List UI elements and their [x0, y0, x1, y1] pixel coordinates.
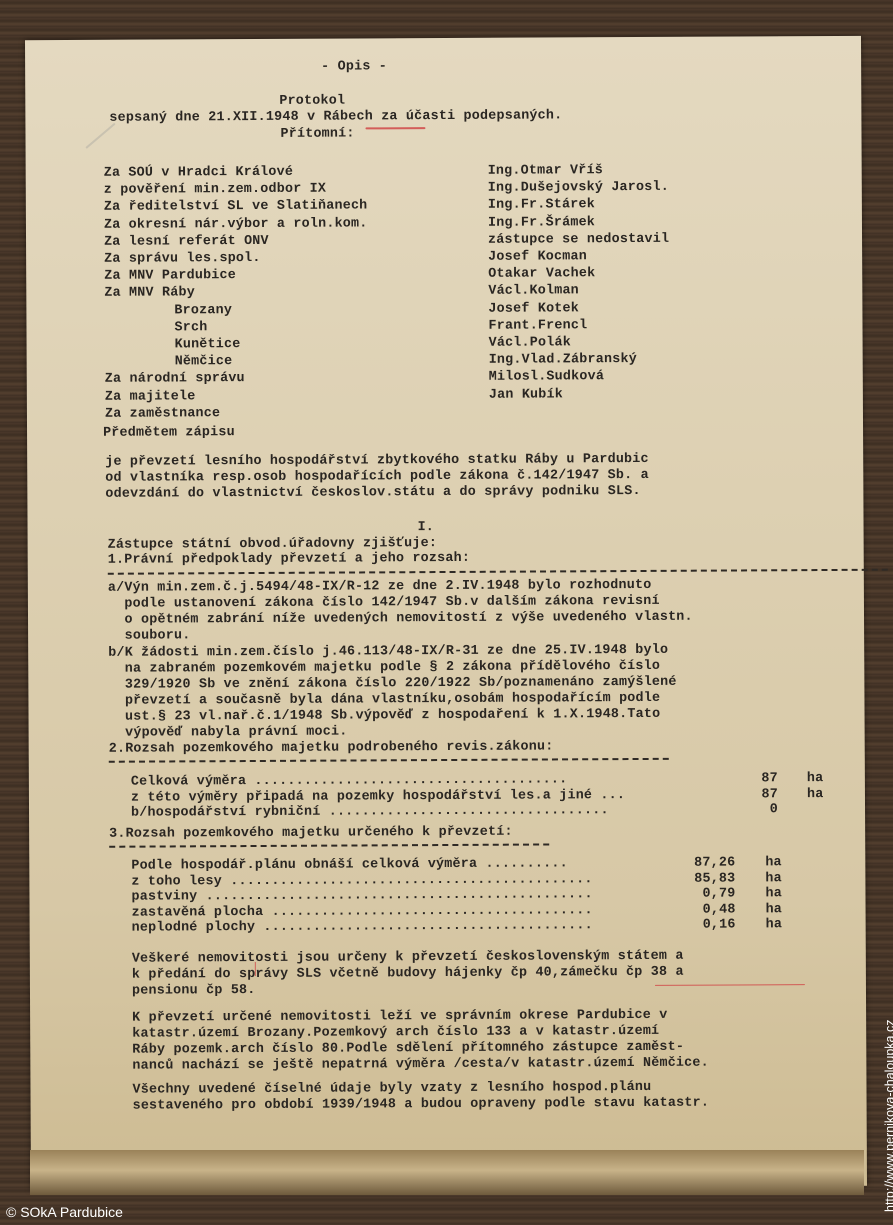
attendee-role: Za ředitelství SL ve Slatiňanech: [104, 200, 368, 215]
table-row-label: Celková výměra .........................…: [131, 773, 568, 789]
attendee-list: Za SOÚ v Hradci KrálovéIng.Otmar Vříšz p…: [25, 36, 861, 40]
table-row-value: 0,79: [702, 887, 735, 901]
paragraph-data-line: sestaveného pro období 1939/1948 a budou…: [133, 1097, 710, 1113]
document-page: - Opis - Protokol sepsaný dne 21.XII.194…: [25, 36, 867, 1190]
paragraph-transfer-line: pensionu čp 58.: [132, 984, 256, 998]
paragraph-location-line: Ráby pozemk.arch číslo 80.Podle sdělení …: [132, 1041, 684, 1057]
table-row-label: z této výměry připadá na pozemky hospodá…: [131, 789, 625, 805]
divider: [108, 569, 888, 575]
table-row-value: 0: [770, 803, 778, 816]
table-row-value: 87: [761, 772, 778, 785]
document-title: Protokol: [279, 95, 345, 109]
attendee-name: Josef Kocman: [488, 250, 587, 264]
table-row-unit: ha: [766, 903, 783, 916]
red-mark: [255, 962, 256, 976]
point1-heading: 1.Právní předpoklady převzetí a jeho roz…: [108, 552, 470, 567]
paragraph-location-line: katastr.území Brozany.Pozemkový arch čís…: [132, 1025, 659, 1041]
attendee-role: Kunětice: [175, 338, 241, 352]
attendee-role: Za zaměstnance: [105, 407, 220, 421]
paragraph-a-line: o opětném zabrání níže uvedených nemovit…: [108, 611, 693, 627]
table-row-label: pastviny ...............................…: [131, 888, 592, 904]
table-row-unit: ha: [766, 918, 783, 931]
attendee-role: Za lesní referát ONV: [104, 235, 269, 249]
paragraph-transfer-line: Veškeré nemovitosti jsou určeny k převze…: [132, 950, 684, 966]
divider: [109, 758, 669, 763]
area-table-revision: Celková výměra .........................…: [25, 36, 861, 40]
table-row-unit: ha: [765, 887, 782, 900]
page-bottom-edge: [30, 1150, 864, 1195]
attendee-name: Jan Kubík: [489, 388, 563, 402]
paragraph-b-line: na zabraném pozemkovém majetku podle § 2…: [108, 660, 660, 676]
table-row-value: 85,83: [694, 872, 735, 886]
table-row-value: 0,48: [703, 903, 736, 917]
subject-line: od vlastníka resp.osob hospodařících pod…: [105, 469, 649, 485]
attendee-role: Za MNV Pardubice: [104, 269, 236, 283]
paragraph-b-line: převzetí a současně byla dána vlastníku,…: [108, 692, 660, 708]
attendee-name: Frant.Frencl: [488, 319, 587, 333]
paragraph-b-line: výpověď nabyla právní moci.: [109, 726, 348, 741]
table-row-label: b/hospodářství rybniční ................…: [131, 804, 609, 820]
attendee-name: Ing.Vlad.Zábranský: [489, 353, 637, 367]
paragraph-location-line: nanců nachází se ještě nepatrná výměra /…: [132, 1057, 709, 1073]
attendee-role: Němčice: [175, 355, 233, 369]
attendee-name: Milosl.Sudková: [489, 371, 604, 385]
red-underline: [365, 127, 425, 129]
paragraph-a-line: souboru.: [108, 629, 190, 643]
point2-heading: 2.Rozsah pozemkového majetku podrobeného…: [109, 740, 554, 756]
section-numeral: I.: [418, 521, 435, 534]
present-label: Přítomní:: [280, 127, 354, 141]
attendee-name: zástupce se nedostavil: [488, 233, 669, 247]
table-row-unit: ha: [807, 788, 824, 801]
table-row-unit: ha: [765, 872, 782, 885]
attendee-name: Václ.Polák: [489, 336, 571, 350]
point3-heading: 3.Rozsah pozemkového majetku určeného k …: [109, 826, 513, 842]
section-intro: Zástupce státní obvod.úřadovny zjišťuje:: [108, 537, 438, 552]
paragraph-transfer: Veškeré nemovitosti jsou určeny k převze…: [25, 36, 861, 40]
paragraph-a: a/Výn min.zem.č.j.5494/48-IX/R-12 ze dne…: [25, 36, 861, 40]
attendee-role: Za národní správu: [105, 372, 245, 386]
table-row-label: Podle hospodář.plánu obnáší celková výmě…: [131, 857, 568, 873]
attendee-role: Za majitele: [105, 390, 196, 404]
attendee-role: Za MNV Ráby: [104, 287, 195, 301]
subject-heading: Předmětem zápisu: [103, 426, 235, 440]
table-row-value: 87: [761, 788, 778, 801]
attendee-role: Za okresní nár.výbor a roln.kom.: [104, 217, 368, 232]
table-row-value: 0,16: [703, 918, 736, 932]
attendee-role: Srch: [174, 321, 207, 335]
table-row-value: 87,26: [694, 856, 735, 870]
table-row-unit: ha: [807, 772, 824, 785]
paragraph-a-line: podle ustanovení zákona číslo 142/1947 S…: [108, 595, 660, 611]
paperclip-icon: [85, 123, 115, 149]
attendee-name: Ing.Dušejovský Jarosl.: [488, 181, 669, 195]
table-row-label: z toho lesy ............................…: [131, 873, 592, 889]
url-watermark: http://www.pernikova-chaloupka.cz: [883, 1020, 893, 1212]
table-row-unit: ha: [765, 856, 782, 869]
paragraph-b-line: 329/1920 Sb ve znění zákona číslo 220/19…: [108, 676, 676, 692]
attendee-name: Josef Kotek: [488, 302, 579, 316]
table-row-label: zastavěná plocha .......................…: [132, 904, 593, 920]
attendee-role: Za SOÚ v Hradci Králové: [104, 166, 293, 180]
red-underline: [655, 984, 805, 986]
copyright-watermark: © SOkA Pardubice: [6, 1204, 123, 1220]
attendee-role: Brozany: [174, 304, 232, 318]
area-table-transfer: Podle hospodář.plánu obnáší celková výmě…: [25, 36, 861, 40]
paragraph-b-line: ust.§ 23 vl.nař.č.1/1948 Sb.výpověď z ho…: [109, 708, 661, 724]
subject-line: je převzetí lesního hospodářství zbytkov…: [105, 453, 649, 469]
attendee-role: Za správu les.spol.: [104, 252, 261, 266]
attendee-role: z pověření min.zem.odbor IX: [104, 183, 326, 198]
attendee-name: Otakar Vachek: [488, 267, 595, 281]
paragraph-data-source: Všechny uvedené číselné údaje byly vzaty…: [25, 36, 861, 40]
document-subtitle: sepsaný dne 21.XII.1948 v Rábech za účas…: [109, 109, 562, 125]
paragraph-transfer-line: k předání do správy SLS včetně budovy há…: [132, 966, 684, 982]
paragraph-a-line: a/Výn min.zem.č.j.5494/48-IX/R-12 ze dne…: [108, 579, 652, 595]
subject-paragraph: je převzetí lesního hospodářství zbytkov…: [25, 36, 861, 40]
divider: [109, 843, 549, 847]
subject-line: odevzdání do vlastnictví českoslov.státu…: [105, 485, 640, 501]
paragraph-b: b/K žádosti min.zem.číslo j.46.113/48-IX…: [25, 36, 861, 40]
paragraph-data-line: Všechny uvedené číselné údaje byly vzaty…: [132, 1081, 651, 1097]
paragraph-location-line: K převzetí určené nemovitosti leží ve sp…: [132, 1009, 667, 1025]
table-row-label: neplodné plochy ........................…: [132, 919, 593, 935]
attendee-name: Václ.Kolman: [488, 285, 579, 299]
attendee-name: Ing.Fr.Šrámek: [488, 216, 595, 230]
paragraph-b-line: b/K žádosti min.zem.číslo j.46.113/48-IX…: [108, 644, 668, 660]
attendee-name: Ing.Otmar Vříš: [488, 164, 603, 178]
paragraph-location: K převzetí určené nemovitosti leží ve sp…: [25, 36, 861, 40]
copy-label: - Opis -: [321, 60, 387, 74]
attendee-name: Ing.Fr.Stárek: [488, 199, 595, 213]
